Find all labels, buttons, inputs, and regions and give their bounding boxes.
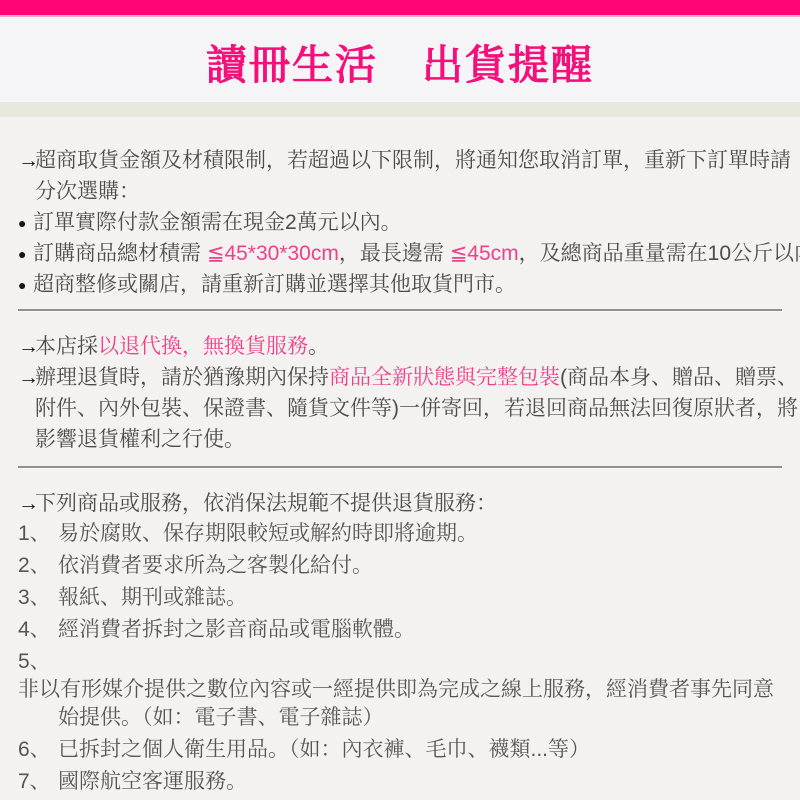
section-divider [18, 466, 782, 469]
brand-title: 讀冊生活 [206, 42, 378, 88]
payment-limit-text: 訂單實際付款金額需在現金2萬元以內。 [33, 211, 402, 234]
item-text: 依消費者要求所為之客製化給付。 [58, 554, 373, 577]
store-closure-rule: ● 超商整修或關店，請重新訂購並選擇其他取貨門市。 [18, 269, 782, 300]
section-divider [18, 309, 782, 312]
volume-limit-size: ≦45*30*30cm [207, 242, 339, 265]
item-number: 2、 [18, 552, 58, 580]
return-policy-highlight: 以退代換，無換貨服務 [98, 335, 308, 358]
return-policy: → 本店採以退代換，無換貨服務。 [18, 331, 782, 362]
page-header: 讀冊生活出貨提醒 [0, 17, 800, 102]
no-return-item-2: 2、依消費者要求所為之客製化給付。 [18, 552, 782, 580]
volume-limit-post: ，及總商品重量需在10公斤以內。 [519, 242, 800, 265]
item-number: 4、 [18, 616, 58, 644]
arrow-icon: → [18, 362, 39, 393]
return-instructions-post: (商品本身、贈品、贈票、 [560, 366, 798, 389]
return-instructions-line3: 影響退貨權利之行使。 [35, 424, 782, 455]
no-return-intro: → 下列商品或服務，依消保法規範不提供退貨服務： [18, 488, 782, 519]
volume-limit-mid: ，最長邊需 [339, 242, 450, 265]
item-number: 3、 [18, 584, 58, 612]
subject-title: 出貨提醒 [422, 42, 594, 88]
return-instructions-highlight: 商品全新狀態與完整包裝 [329, 366, 560, 389]
no-return-intro-text: 下列商品或服務，依消保法規範不提供退貨服務： [35, 488, 782, 519]
volume-limit-pre: 訂購商品總材積需 [33, 242, 207, 265]
page-title: 讀冊生活出貨提醒 [206, 32, 594, 91]
item-text-continuation: 始提供。（如：電子書、電子雜誌） [18, 704, 782, 732]
return-instructions: → 辦理退貨時，請於猶豫期內保持商品全新狀態與完整包裝(商品本身、贈品、贈票、 … [18, 362, 782, 455]
item-text: 報紙、期刊或雜誌。 [58, 586, 247, 609]
no-return-item-7: 7、國際航空客運服務。 [18, 768, 782, 796]
page-content: → 超商取貨金額及材積限制，若超過以下限制，將通知您取消訂單，重新下訂單時請 分… [0, 145, 800, 796]
no-return-item-6: 6、已拆封之個人衛生用品。（如：內衣褲、毛巾、襪類...等） [18, 736, 782, 764]
return-instructions-pre: 辦理退貨時，請於猶豫期內保持 [35, 366, 329, 389]
no-return-item-1: 1、易於腐敗、保存期限較短或解約時即將逾期。 [18, 520, 782, 548]
item-text: 非以有形媒介提供之數位內容或一經提供即為完成之線上服務，經消費者事先同意 [18, 678, 774, 701]
pickup-limit-intro-line1: 超商取貨金額及材積限制，若超過以下限制，將通知您取消訂單，重新下訂單時請 [35, 145, 782, 176]
return-policy-pre: 本店採 [35, 335, 98, 358]
pickup-rules: ● 訂單實際付款金額需在現金2萬元以內。 ● 訂購商品總材積需 ≦45*30*3… [18, 207, 782, 300]
item-number: 1、 [18, 520, 58, 548]
item-text: 經消費者拆封之影音商品或電腦軟體。 [58, 618, 415, 641]
return-instructions-line2: 附件、內外包裝、保證書、隨貨文件等)一併寄回，若退回商品無法回復原狀者，將 [35, 393, 782, 424]
payment-limit-rule: ● 訂單實際付款金額需在現金2萬元以內。 [18, 207, 782, 238]
item-number: 6、 [18, 736, 58, 764]
item-number: 5、 [18, 648, 58, 676]
top-accent-bar [0, 0, 800, 17]
return-instructions-line1: 辦理退貨時，請於猶豫期內保持商品全新狀態與完整包裝(商品本身、贈品、贈票、 [35, 362, 782, 393]
item-text: 國際航空客運服務。 [58, 770, 247, 793]
volume-limit-length: ≦45cm [450, 242, 519, 265]
arrow-icon: → [18, 331, 39, 362]
item-text: 已拆封之個人衛生用品。（如：內衣褲、毛巾、襪類...等） [58, 738, 590, 761]
no-return-item-5: 5、非以有形媒介提供之數位內容或一經提供即為完成之線上服務，經消費者事先同意 始… [18, 648, 782, 732]
volume-limit-rule: ● 訂購商品總材積需 ≦45*30*30cm，最長邊需 ≦45cm，及總商品重量… [18, 238, 782, 269]
no-return-item-3: 3、報紙、期刊或雜誌。 [18, 584, 782, 612]
store-closure-text: 超商整修或關店，請重新訂購並選擇其他取貨門市。 [33, 273, 516, 296]
pickup-limit-intro-line2: 分次選購： [35, 176, 782, 207]
header-divider-band [0, 102, 800, 117]
pickup-limit-intro: → 超商取貨金額及材積限制，若超過以下限制，將通知您取消訂單，重新下訂單時請 分… [18, 145, 782, 207]
item-number: 7、 [18, 768, 58, 796]
return-policy-post: 。 [308, 335, 329, 358]
item-text: 易於腐敗、保存期限較短或解約時即將逾期。 [58, 522, 478, 545]
bullet-icon: ● [18, 239, 26, 270]
no-return-item-4: 4、經消費者拆封之影音商品或電腦軟體。 [18, 616, 782, 644]
arrow-icon: → [18, 488, 39, 519]
bullet-icon: ● [18, 270, 26, 301]
no-return-list: 1、易於腐敗、保存期限較短或解約時即將逾期。 2、依消費者要求所為之客製化給付。… [18, 520, 782, 796]
bullet-icon: ● [18, 208, 26, 239]
arrow-icon: → [18, 145, 39, 176]
